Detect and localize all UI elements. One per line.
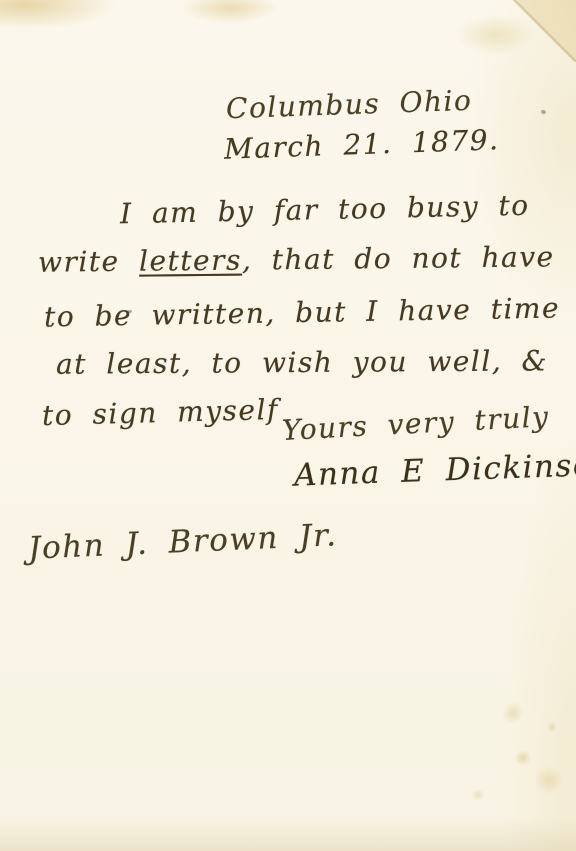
body-line-3: to be written, but I have time xyxy=(44,291,561,333)
paper-corner-crease xyxy=(504,0,576,62)
body-line-2-prefix: write xyxy=(38,245,139,279)
letter-page: Columbus Ohio March 21. 1879. I am by fa… xyxy=(0,0,576,851)
addressee-name: John J. Brown Jr. xyxy=(27,517,338,566)
body-line-2-suffix: , that do not have xyxy=(242,240,555,276)
underlined-word: letters xyxy=(139,244,242,278)
signature: Anna E Dickinson xyxy=(293,446,576,493)
body-line-4: at least, to wish you well, & xyxy=(56,344,548,380)
heading-date: March 21. 1879. xyxy=(224,123,500,166)
paper-speck xyxy=(540,109,546,114)
body-line-5: to sign myself xyxy=(42,393,280,432)
body-line-2: write letters, that do not have xyxy=(38,240,555,278)
body-line-1: I am by far too busy to xyxy=(120,189,530,231)
valediction: Yours very truly xyxy=(281,400,550,447)
heading-place: Columbus Ohio xyxy=(225,84,472,126)
